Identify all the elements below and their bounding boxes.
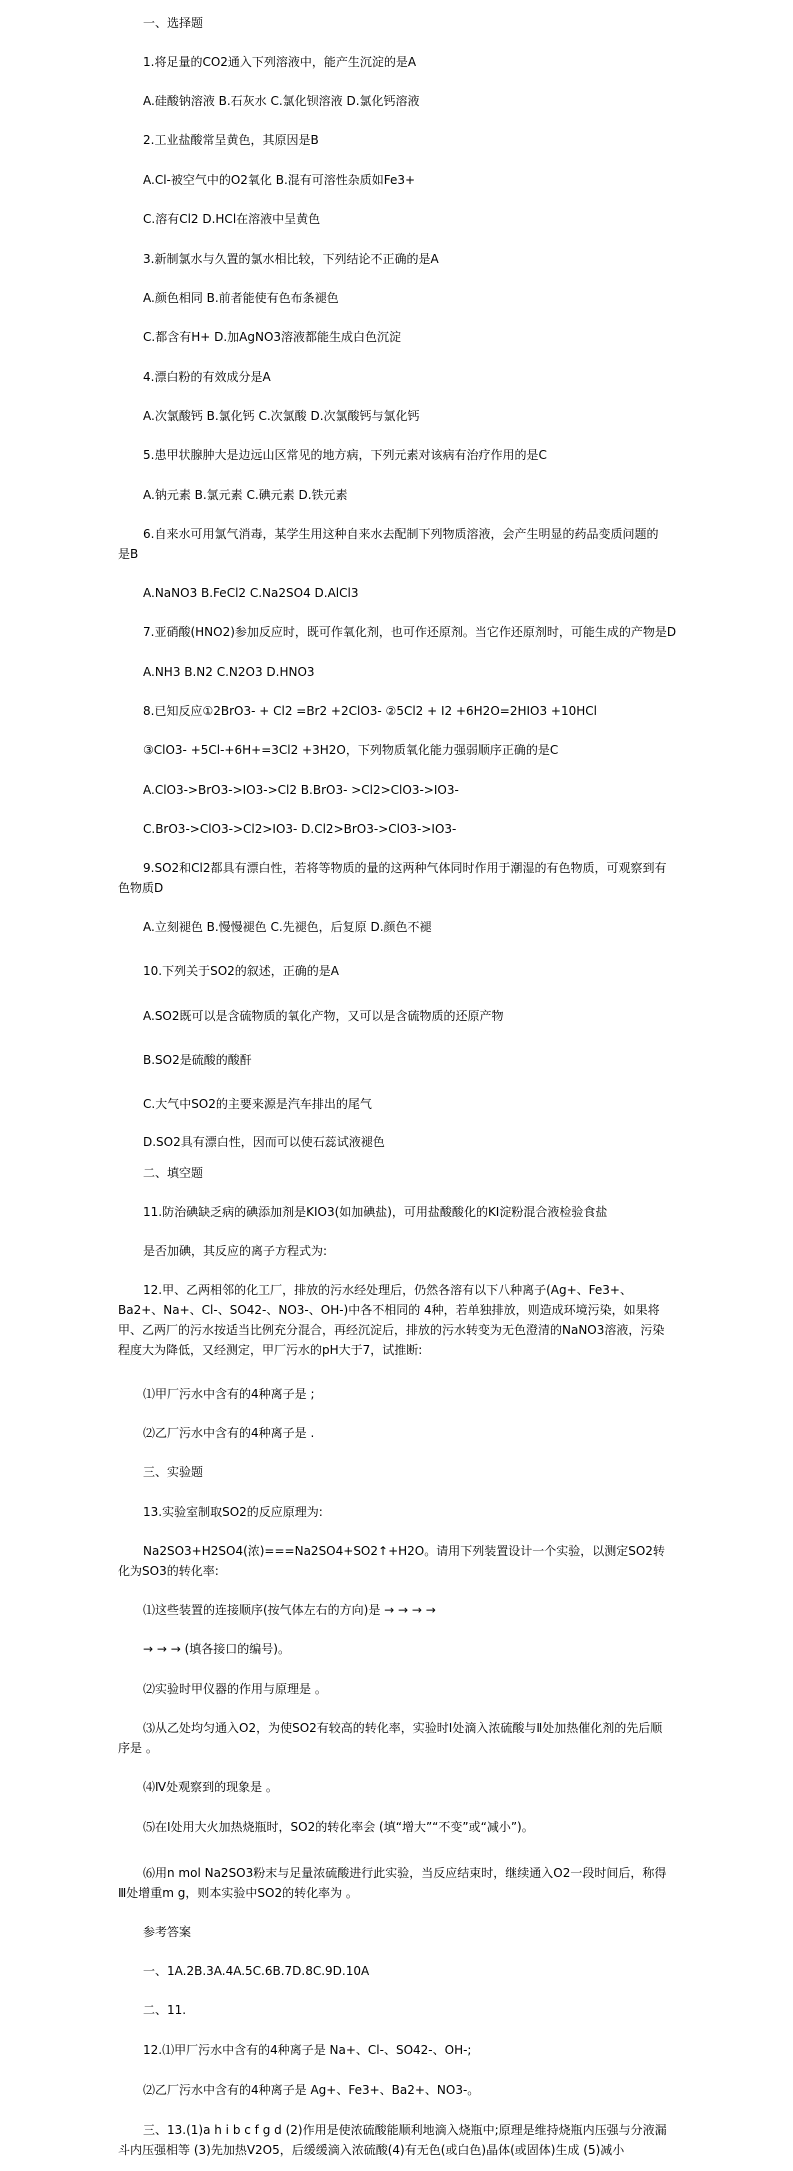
- question-13-sub-4: ⑷Ⅳ处观察到的现象是 。: [118, 1777, 278, 1797]
- question-4-stem: 4.漂白粉的有效成分是A: [118, 367, 271, 387]
- question-13-sub-1b: → → → (填各接口的编号)。: [118, 1639, 290, 1659]
- question-13-sub-5: ⑸在Ⅰ处用大火加热烧瓶时，SO2的转化率会 (填“增大”“不变”或“减小”)。: [118, 1817, 678, 1837]
- question-11-line-1: 11.防治碘缺乏病的碘添加剂是KIO3(如加碘盐)，可用盐酸酸化的KI淀粉混合液…: [118, 1202, 678, 1222]
- question-3-options-1: A.颜色相同 B.前者能使有色布条褪色: [118, 288, 339, 308]
- question-8-options-1: A.ClO3->BrO3->IO3->Cl2 B.BrO3- >Cl2>ClO3…: [118, 780, 459, 800]
- question-7-options: A.NH3 B.N2 C.N2O3 D.HNO3: [118, 662, 315, 682]
- question-3-options-2: C.都含有H+ D.加AgNO3溶液都能生成白色沉淀: [118, 327, 401, 347]
- section-title-experiment: 三、实验题: [118, 1462, 203, 1482]
- question-10-option-a: A.SO2既可以是含硫物质的氧化产物，又可以是含硫物质的还原产物: [118, 1006, 678, 1026]
- question-2-stem: 2.工业盐酸常呈黄色，其原因是B: [118, 130, 319, 150]
- question-3-stem: 3.新制氯水与久置的氯水相比较，下列结论不正确的是A: [118, 249, 439, 269]
- question-9-stem: 9.SO2和Cl2都具有漂白性，若将等物质的量的这两种气体同时作用于潮湿的有色物…: [118, 858, 668, 898]
- question-2-options-2: C.溶有Cl2 D.HCl在溶液中呈黄色: [118, 209, 320, 229]
- answer-12-part-2: ⑵乙厂污水中含有的4种离子是 Ag+、Fe3+、Ba2+、NO3-。: [118, 2080, 479, 2100]
- question-8-stem-2: ③ClO3- +5Cl-+6H+=3Cl2 +3H2O，下列物质氧化能力强弱顺序…: [118, 740, 678, 760]
- question-4-options: A.次氯酸钙 B.氯化钙 C.次氯酸 D.次氯酸钙与氯化钙: [118, 406, 420, 426]
- question-6-options: A.NaNO3 B.FeCl2 C.Na2SO4 D.AlCl3: [118, 583, 358, 603]
- question-13-stem-2: Na2SO3+H2SO4(浓)===Na2SO4+SO2↑+H2O。请用下列装置…: [118, 1541, 668, 1581]
- answers-title: 参考答案: [118, 1922, 191, 1942]
- question-10-option-c: C.大气中SO2的主要来源是汽车排出的尾气: [118, 1094, 372, 1114]
- question-1-options: A.硅酸钠溶液 B.石灰水 C.氯化钡溶液 D.氯化钙溶液: [118, 91, 420, 111]
- question-1-stem: 1.将足量的CO2通入下列溶液中，能产生沉淀的是A: [118, 52, 416, 72]
- question-10-option-b: B.SO2是硫酸的酸酐: [118, 1050, 252, 1070]
- answer-12-part-1: 12.⑴甲厂污水中含有的4种离子是 Na+、Cl-、SO42-、OH-;: [118, 2040, 471, 2060]
- section-title-choice: 一、选择题: [118, 13, 203, 33]
- question-11-line-2: 是否加碘，其反应的离子方程式为:: [118, 1241, 327, 1261]
- answer-section-2: 二、11.: [118, 2000, 186, 2020]
- question-8-stem-1: 8.已知反应①2BrO3- + Cl2 =Br2 +2ClO3- ②5Cl2 +…: [118, 701, 678, 721]
- question-9-options: A.立刻褪色 B.慢慢褪色 C.先褪色，后复原 D.颜色不褪: [118, 917, 432, 937]
- answer-13: 三、13.(1)a h i b c f g d (2)作用是使浓硫酸能顺利地滴入…: [118, 2120, 668, 2160]
- answer-section-1: 一、1A.2B.3A.4A.5C.6B.7D.8C.9D.10A: [118, 1961, 369, 1981]
- question-12-sub-2: ⑵乙厂污水中含有的4种离子是 .: [118, 1423, 314, 1443]
- question-5-options: A.钠元素 B.氯元素 C.碘元素 D.铁元素: [118, 485, 348, 505]
- question-10-option-d: D.SO2具有漂白性，因而可以使石蕊试液褪色: [118, 1132, 385, 1152]
- question-13-sub-6: ⑹用n mol Na2SO3粉末与足量浓硫酸进行此实验，当反应结束时，继续通入O…: [118, 1863, 668, 1903]
- question-2-options-1: A.Cl-被空气中的O2氧化 B.混有可溶性杂质如Fe3+: [118, 170, 415, 190]
- question-8-options-2: C.BrO3->ClO3->Cl2>IO3- D.Cl2>BrO3->ClO3-…: [118, 819, 456, 839]
- question-13-sub-2: ⑵实验时甲仪器的作用与原理是 。: [118, 1679, 327, 1699]
- question-13-sub-3: ⑶从乙处均匀通入O2，为使SO2有较高的转化率，实验时Ⅰ处滴入浓硫酸与Ⅱ处加热催…: [118, 1718, 668, 1758]
- question-6-stem: 6.自来水可用氯气消毒，某学生用这种自来水去配制下列物质溶液，会产生明显的药品变…: [118, 524, 668, 564]
- question-13-sub-1a: ⑴这些装置的连接顺序(按气体左右的方向)是 → → → →: [118, 1600, 436, 1620]
- question-7-stem: 7.亚硝酸(HNO2)参加反应时，既可作氧化剂，也可作还原剂。当它作还原剂时，可…: [118, 622, 678, 642]
- question-13-stem-1: 13.实验室制取SO2的反应原理为:: [118, 1502, 323, 1522]
- question-12-stem: 12.甲、乙两相邻的化工厂，排放的污水经处理后，仍然各溶有以下八种离子(Ag+、…: [118, 1280, 668, 1360]
- section-title-fill-blank: 二、填空题: [118, 1163, 203, 1183]
- question-5-stem: 5.患甲状腺肿大是边远山区常见的地方病，下列元素对该病有治疗作用的是C: [118, 445, 547, 465]
- question-10-stem: 10.下列关于SO2的叙述，正确的是A: [118, 961, 339, 981]
- question-12-sub-1: ⑴甲厂污水中含有的4种离子是 ;: [118, 1384, 315, 1404]
